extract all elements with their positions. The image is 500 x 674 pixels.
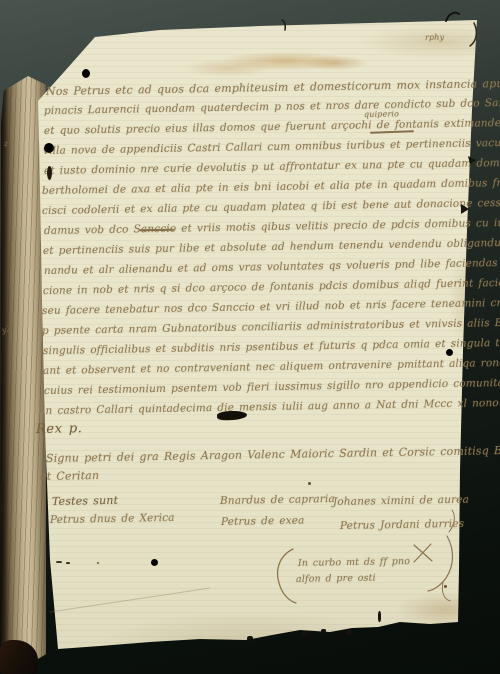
wormhole	[446, 349, 453, 356]
chancery-note-line-2: alfon d pre osti	[296, 574, 376, 586]
edge-stain	[302, 631, 309, 636]
gutter-scribble: z	[4, 140, 9, 149]
speck	[97, 562, 99, 564]
edge-stain	[346, 630, 352, 635]
corner-flick-mark	[446, 13, 459, 21]
witness-heading: Testes sunt	[52, 495, 118, 508]
ink-drip	[47, 166, 52, 180]
edge-stain	[378, 611, 381, 622]
book-gutter-edge	[1, 76, 46, 666]
wormhole	[82, 69, 90, 78]
edge-stain	[321, 629, 326, 633]
manuscript-photo: { "folio": { "mark": "rphy" }, "manuscri…	[0, 0, 500, 674]
witness-name: Bnardus de capraria	[220, 494, 335, 508]
rex-subscription: Rex p.	[36, 422, 83, 437]
witness-name: Johanes ximini de aurea	[333, 495, 469, 509]
chancery-note-line-1: In curbo mt ds ff pno	[298, 557, 410, 569]
folio-number: rphy	[425, 34, 444, 43]
witness-name: Petrus dnus de Xerica	[50, 513, 175, 527]
edge-stain	[247, 636, 253, 641]
witness-name: Petrus Jordani durries	[340, 519, 464, 533]
wormhole	[44, 143, 54, 153]
speck	[444, 585, 447, 588]
pen-dash	[56, 561, 62, 563]
speck	[308, 482, 311, 485]
pen-dash	[66, 562, 70, 564]
signum-line-2: et Ceritan	[40, 470, 99, 483]
wormhole	[151, 559, 158, 566]
witness-name: Petrus de exea	[221, 516, 305, 529]
